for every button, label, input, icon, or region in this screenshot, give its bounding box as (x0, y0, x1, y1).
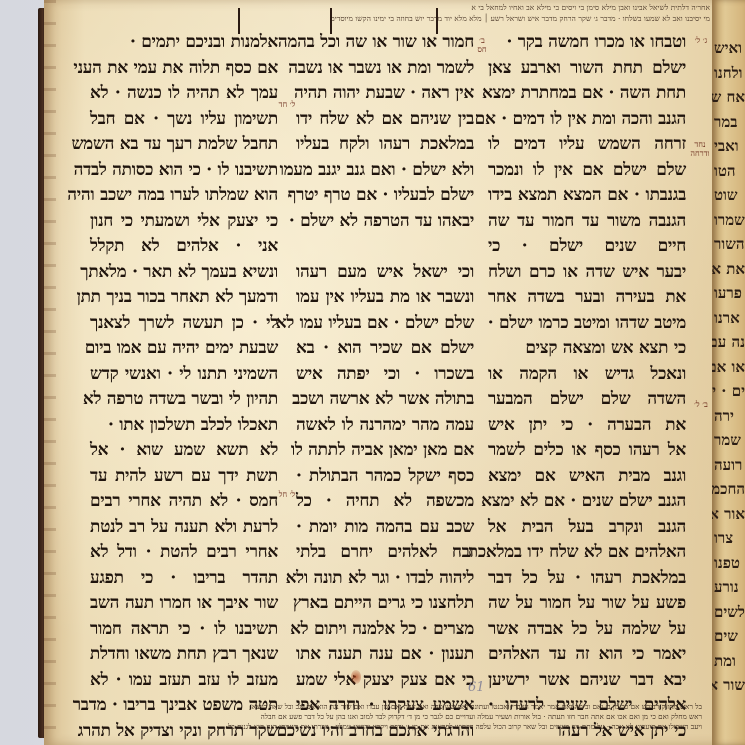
margin-note: ל׳ חד (278, 100, 296, 109)
next-page-line: במר (712, 110, 745, 135)
text-line: ונשיא בעמך לא תאר · מלאתך (90, 260, 278, 286)
text-line: חמור או שור או שה וכל בהמה (296, 30, 474, 56)
masorah-magna-bottom: בל ראש מחזוק רבירש אם כר מן ב׳ ואם ובימה… (62, 702, 702, 732)
margin-note: ל׳ חל (278, 490, 296, 499)
text-line: תחת השה · אם במחתרת ימצא (488, 81, 686, 107)
text-line: תענון · אם ענה תענה אתו (296, 642, 474, 668)
text-line: הגנב והכה ומת אין לו דמים · אם (488, 107, 686, 133)
text-column-left: אלמנות ובניכם יתמים · אם כסף תלוה את עמי… (90, 30, 278, 744)
text-line: מיטב שדהו ומיטב כרמו ישלם · (488, 311, 686, 337)
next-page-line: טפנו (712, 551, 745, 576)
next-page-line: ארנו (712, 306, 745, 331)
margin-note: ג׳ ל׳ (690, 36, 712, 45)
text-line: אם כסף תלוה את עמי את העני (90, 56, 278, 82)
next-page-line: ואבי (712, 134, 745, 159)
text-line: וטבחו או מכרו חמשה בקר · (488, 30, 686, 56)
masorah-line: בל ראש מחזוק רבירש אם כר מן ב׳ ואם ובימה… (62, 702, 702, 712)
next-page-line: שמרו (712, 208, 745, 233)
text-line: תשיבנו לו · כי תראה חמור (90, 617, 278, 643)
text-line: ונשבר או מת בעליו אין עמו (296, 285, 474, 311)
next-page-line: השור (712, 232, 745, 257)
lamed-ascender (436, 8, 438, 34)
text-line: תהדר בריבו · כי תפגע (90, 566, 278, 592)
text-line: כי אם צעק יצעק אלי שמע (296, 668, 474, 694)
text-line: מצרים · כל אלמנה ויתום לא (296, 617, 474, 643)
next-page-line: רועה (712, 453, 745, 478)
text-line: ודמעך לא תאחר בכור בניך תתן (90, 285, 278, 311)
next-page-line: ולחנו (712, 61, 745, 86)
next-page-edge: ואיש ולחנו אח ש במר ואבי הטו שוט שמרו הש… (712, 0, 745, 745)
next-page-line: נה עם (712, 330, 745, 355)
text-line: חיים שנים ישלם · כי (488, 234, 686, 260)
text-line: פשע על שור על חמור על שה (488, 591, 686, 617)
next-page-line: אור איש (712, 502, 745, 527)
text-line: תלחצנו כי גרים הייתם בארץ (296, 591, 474, 617)
margin-note: ב׳ ל׳ (690, 400, 712, 409)
text-line: הוא שמלתו לערו במה ישכב והיה (90, 183, 278, 209)
ink-stain (351, 670, 361, 684)
text-line: ליהוה לבדו · וגר לא תונה ולא (296, 566, 474, 592)
next-page-line: ומת (712, 649, 745, 674)
text-line: יבאהו עד הטרפה לא ישלם · (296, 209, 474, 235)
text-line: במלאכת רעהו ולקח בעליו (296, 132, 474, 158)
text-line: כי יצעק אלי ושמעתי כי חנון (90, 209, 278, 235)
text-line: כי תצא אש ומצאה קצים (488, 336, 686, 362)
text-line: תאכלו לכלב תשלכון אתו · (90, 413, 278, 439)
text-line: יבא דבר שניהם אשר ירשיען (488, 668, 686, 694)
text-line: מכשפה לא תחיה · כל (296, 489, 474, 515)
text-line-blank (296, 234, 474, 260)
text-line: ישלם לבעליו · אם טרף יטרף (296, 183, 474, 209)
text-line: שכב עם בהמה מות יומת · (296, 515, 474, 541)
text-line: את בעירה ובער בשדה אחר (488, 285, 686, 311)
next-page-line: הטו (712, 159, 745, 184)
text-line: יבער איש שדה או כרם ושלח (488, 260, 686, 286)
masorah-line: אחר׳ה דלתית לשיאל אבינו ואבן מילא סימן ב… (70, 2, 710, 13)
next-page-line: צרו (712, 526, 745, 551)
text-line: הגנב ונקרב בעל הבית אל (488, 515, 686, 541)
next-page-line: שים (712, 624, 745, 649)
masorah-magna-top: אחר׳ה דלתית לשיאל אבינו ואבן מילא סימן ב… (70, 2, 710, 24)
margin-note: נחד ודרחה (688, 140, 712, 158)
text-line: השדה שלם ישלם המבער (488, 387, 686, 413)
text-line: לא תשא שמע שוא · אל (90, 438, 278, 464)
text-line: זרחה השמש עליו דמים לו (488, 132, 686, 158)
text-line: את הבערה · כי יתן איש (488, 413, 686, 439)
text-line: שבעת ימים יהיה עם אמו ביום (90, 336, 278, 362)
lamed-ascender (330, 8, 332, 34)
masorah-line: ויעב השכילו את היעבוט לא אבה · על מתם מב… (62, 722, 702, 732)
text-line: אין ראה · שבעת יהוה תהיה (296, 81, 474, 107)
text-line: אחרי רבים להטת · ודל לא (90, 540, 278, 566)
next-page-line: ים · יו (712, 379, 745, 404)
lamed-ascender (238, 8, 240, 34)
text-line: האלהים אם לא שלח ידו במלאכת (488, 540, 686, 566)
text-line: תשימון עליו נשך · אם חבל (90, 107, 278, 133)
next-page-line: פרעו (712, 281, 745, 306)
text-line: חמס · לא תהיה אחרי רבים (90, 489, 278, 515)
text-line: הגנב ישלם שנים · אם לא ימצא (488, 489, 686, 515)
next-page-line: שמר (712, 428, 745, 453)
text-line: עמך לא תהיה לו כנשה · לא (90, 81, 278, 107)
text-line: ולא ישלם · ואם גנב יגנב מעמו (296, 158, 474, 184)
next-page-line: את אם (712, 257, 745, 282)
text-line: אלמנות ובניכם יתמים · (90, 30, 278, 56)
text-line: לרעת ולא תענה על רב לנטת (90, 515, 278, 541)
text-line: בתולה אשר לא ארשה ושכב (296, 387, 474, 413)
text-line: תהיון לי ובשר בשדה טרפה לא (90, 387, 278, 413)
margin-note: ב׳ חס (474, 36, 490, 54)
text-line: וגנב מבית האיש אם ימצא (488, 464, 686, 490)
text-line: בשכרו · וכי יפתה איש (296, 362, 474, 388)
next-page-line: נורע (712, 575, 745, 600)
folio-number: 61 (468, 680, 485, 695)
text-line: שלם ישלם · אם בעליו עמו לא (296, 311, 474, 337)
text-line: מעזב לו עזב תעזב עמו · לא (90, 668, 278, 694)
next-page-line: אח ש (712, 85, 745, 110)
next-page-line: ירה (712, 404, 745, 429)
next-page-line: או אם (712, 355, 745, 380)
next-page-line: שוט (712, 183, 745, 208)
text-line: בגנבתו · אם המצא תמצא בידו (488, 183, 686, 209)
text-line: על שלמה על כל אבדה אשר (488, 617, 686, 643)
text-line: אם מאן ימאן אביה לתתה לו (296, 438, 474, 464)
text-line: ישלם תחת השור וארבע צאן (488, 56, 686, 82)
text-line: לי · כן תעשה לשרך לצאנך (90, 311, 278, 337)
text-line: יאמר כי הוא זה עד האלהים (488, 642, 686, 668)
text-line: ונאכל גדיש או הקמה או (488, 362, 686, 388)
text-line: כסף ישקל כמהר הבתולת · (296, 464, 474, 490)
text-line: שלם ישלם אם אין לו ונמכר (488, 158, 686, 184)
text-line: הגנבה משור עד חמור עד שה (488, 209, 686, 235)
text-column-middle: חמור או שור או שה וכל בהמה לשמר ומת או נ… (296, 30, 474, 744)
next-page-line: החכמ (712, 477, 745, 502)
text-line: עמה מהר ימהרנה לו לאשה (296, 413, 474, 439)
text-line: תחבל שלמת רעך עד בא השמש (90, 132, 278, 158)
text-line: לשמר ומת או נשבר או נשבה (296, 56, 474, 82)
text-line: תשת ידך עם רשע להית עד (90, 464, 278, 490)
masorah-line: ראש מחלק ואם כי מן ואם אכו אם אתה חבר חז… (62, 712, 702, 722)
text-line: שנאך רבץ תחת משאו וחדלת (90, 642, 278, 668)
text-column-right: וטבחו או מכרו חמשה בקר · ישלם תחת השור ו… (488, 30, 686, 744)
next-page-line: ואיש (712, 36, 745, 61)
page-edge-left (44, 0, 56, 745)
next-page-line: לשים (712, 600, 745, 625)
text-line: וכי ישאל איש מעם רעהו (296, 260, 474, 286)
next-page-line: שור איש (712, 673, 745, 698)
text-line: ישלם אם שכיר הוא · בא (296, 336, 474, 362)
text-line: במלאכת רעהו · על כל דבר (488, 566, 686, 592)
text-line: השמיני תתנו לי · ואנשי קדש (90, 362, 278, 388)
text-line: אני · אלהים לא תקלל (90, 234, 278, 260)
text-line: אל רעהו כסף או כלים לשמר (488, 438, 686, 464)
masorah-line: מי יסיבנו ואב לא שמעו בשלחו · מדבר ג׳ שק… (70, 13, 710, 24)
text-line: תשיבנו לו · כי הוא כסותה לבדה (90, 158, 278, 184)
text-line: בין שניהם אם לא שלח ידו (296, 107, 474, 133)
text-line: זבח לאלהים יחרם בלתי (296, 540, 474, 566)
text-line: שור איבך או חמרו תעה השב (90, 591, 278, 617)
